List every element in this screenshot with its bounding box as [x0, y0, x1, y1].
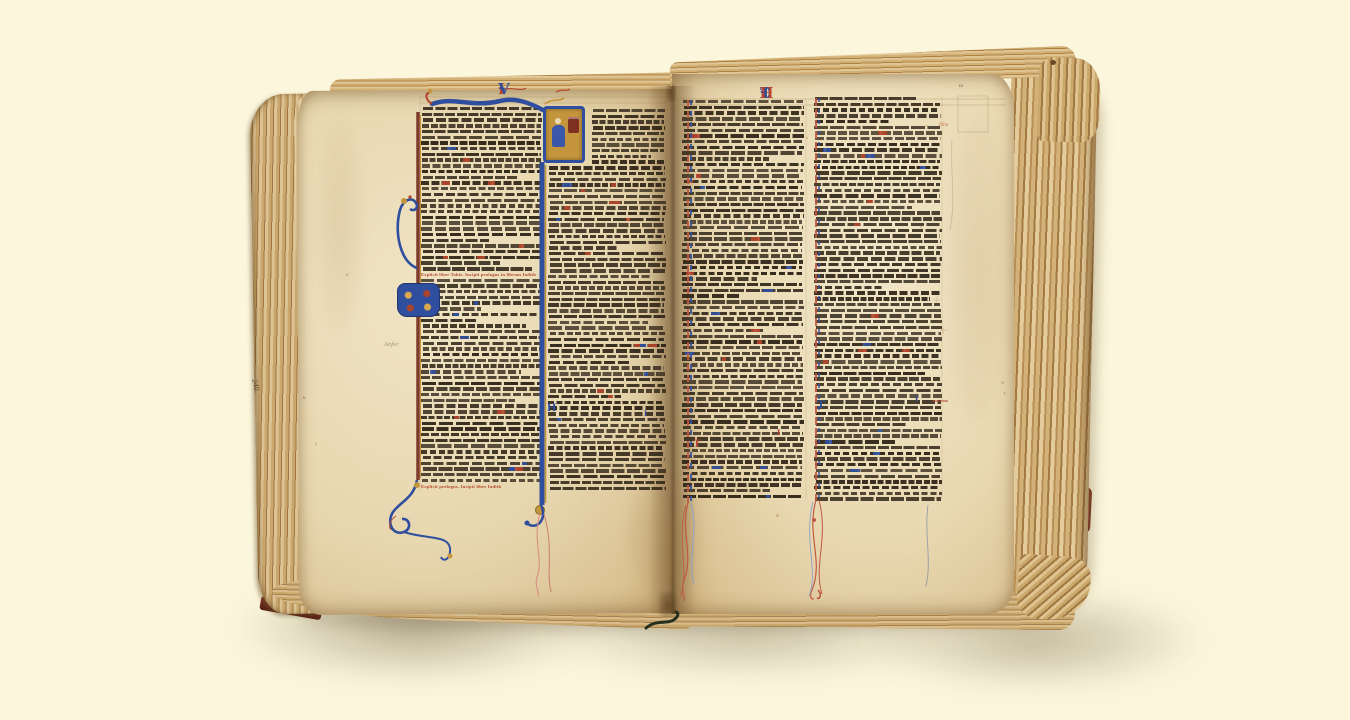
parchment-stain [318, 120, 362, 330]
parchment-stain [626, 478, 700, 590]
fold-slit-top [666, 84, 676, 102]
edge-debris-speck [1050, 60, 1056, 65]
parchment-stain [946, 120, 1010, 420]
fore-edge-right [1000, 63, 1097, 609]
fold-slit-bottom [659, 592, 677, 618]
top-right-corner-edge [1037, 57, 1102, 143]
manuscript-photo: Explicit liber Tobie. Incipit prologus i… [0, 0, 1350, 720]
